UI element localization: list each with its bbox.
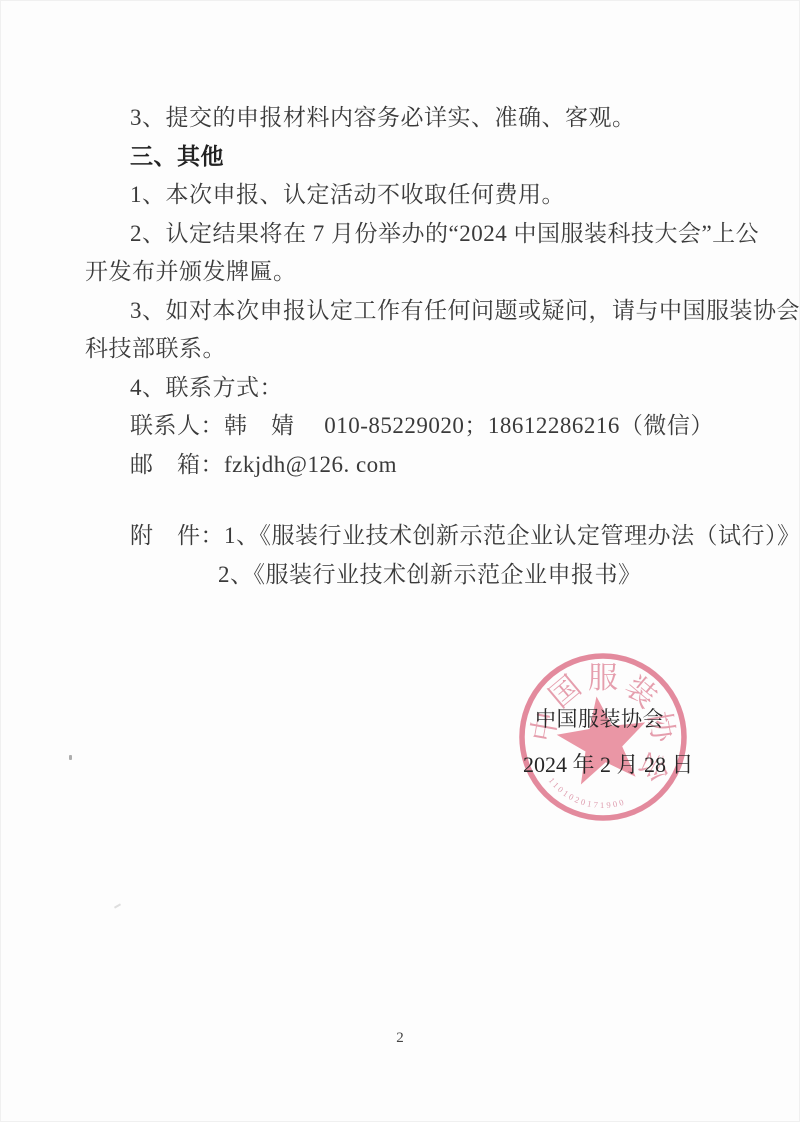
- text-line: 3、提交的申报材料内容务必详实、准确、客观。: [85, 103, 760, 142]
- text-line: 开发布并颁发牌匾。: [85, 257, 760, 296]
- document-page: 3、提交的申报材料内容务必详实、准确、客观。三、其他1、本次申报、认定活动不收取…: [0, 0, 800, 1122]
- text-line: 4、联系方式：: [85, 373, 760, 412]
- seal-ring: [522, 656, 684, 818]
- text-line: 3、如对本次申报认定工作有任何问题或疑问，请与中国服装协会: [85, 296, 760, 335]
- text-line: 2、《服装行业技术创新示范企业申报书》: [85, 560, 760, 599]
- seal-graphic: 中国服装协会 1101020171900: [508, 642, 698, 832]
- text-line: 1、本次申报、认定活动不收取任何费用。: [85, 180, 760, 219]
- section-heading: 三、其他: [85, 142, 760, 181]
- text-line: 附 件：1、《服装行业技术创新示范企业认定管理办法（试行）》: [85, 521, 760, 560]
- signature-date: 2024 年 2 月 28 日: [523, 748, 703, 779]
- text-line: 2、认定结果将在 7 月份举办的“2024 中国服装科技大会”上公: [85, 219, 760, 258]
- seal-serial-number: 1101020171900: [547, 775, 627, 810]
- page-number: 2: [0, 1030, 800, 1047]
- official-seal: 中国服装协会 1101020171900: [508, 642, 698, 832]
- seal-arc-char: 服: [588, 662, 618, 695]
- text-line: 邮 箱：fzkjdh@126. com: [85, 450, 760, 489]
- blank-gap: [85, 488, 760, 521]
- scan-speck: [114, 903, 121, 908]
- text-line: 科技部联系。: [85, 334, 760, 373]
- scan-speck: [69, 755, 72, 760]
- signature-organization: 中国服装协会: [535, 703, 695, 733]
- text-line: 联系人：韩 婧 010-85229020；18612286216（微信）: [85, 411, 760, 450]
- document-body: 3、提交的申报材料内容务必详实、准确、客观。三、其他1、本次申报、认定活动不收取…: [85, 103, 760, 598]
